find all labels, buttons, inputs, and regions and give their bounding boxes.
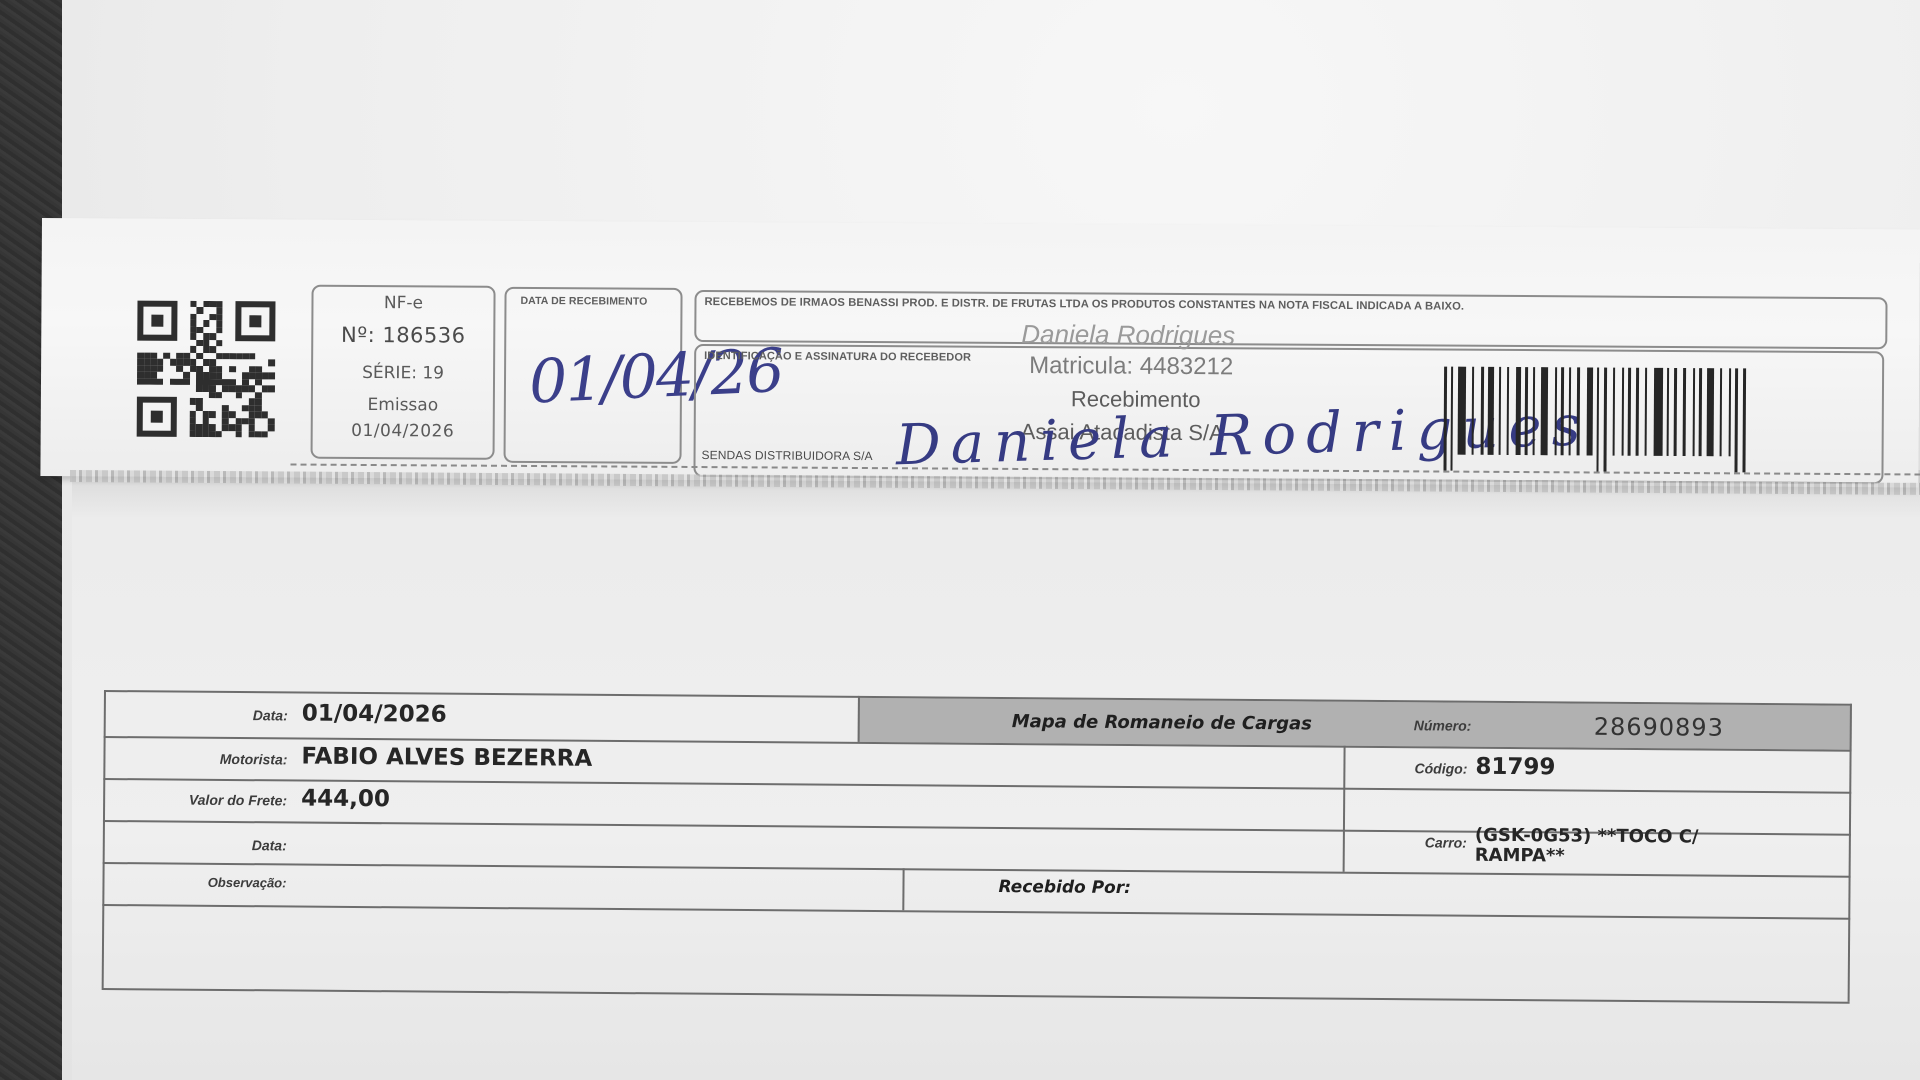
recipient-identification-label: IDENTIFICAÇÃO E ASSINATURA DO RECEBEDOR (704, 350, 971, 364)
freight-value: 444,00 (301, 786, 390, 813)
receipt-declaration-text: RECEBEMOS DE IRMAOS BENASSI PROD. E DIST… (704, 296, 1464, 313)
driver-label: Motorista: (220, 751, 288, 768)
nfe-receipt-stub: NF-e Nº: 186536 SÉRIE: 19 Emissao 01/04/… (40, 218, 1920, 487)
manifest-title: Mapa de Romaneio de Cargas (1012, 711, 1312, 734)
date-value: 01/04/2026 (302, 701, 447, 728)
desk-surface (0, 0, 64, 1080)
row-divider (103, 862, 1851, 878)
qr-code-icon (137, 301, 276, 438)
col-divider (1343, 746, 1346, 872)
stamp-name: Daniela Rodrigues (1021, 319, 1235, 351)
driver-value: FABIO ALVES BEZERRA (301, 744, 592, 772)
nfe-title: NF-e (313, 293, 493, 314)
row-divider (102, 904, 1850, 920)
observation-label: Observação: (208, 875, 287, 891)
nfe-emissao-label: Emissao (313, 395, 493, 416)
nfe-info-box: NF-e Nº: 186536 SÉRIE: 19 Emissao 01/04/… (311, 285, 496, 460)
vehicle-label: Carro: (1425, 834, 1467, 850)
nfe-serie: SÉRIE: 19 (313, 363, 493, 384)
nfe-number: Nº: 186536 (313, 323, 493, 348)
vehicle-value-line2: RAMPA** (1475, 845, 1565, 867)
code-value: 81799 (1475, 754, 1555, 781)
date2-label: Data: (252, 837, 287, 853)
receipt-declaration-box: RECEBEMOS DE IRMAOS BENASSI PROD. E DIST… (694, 290, 1887, 349)
nfe-emissao-date: 01/04/2026 (313, 421, 493, 442)
date-label: Data: (253, 707, 288, 723)
recipient-company: SENDAS DISTRIBUIDORA S/A (702, 448, 873, 463)
stamp-matricula: Matricula: 4483212 (1029, 352, 1233, 381)
col-divider (858, 696, 860, 742)
manifest-number: 28690893 (1594, 713, 1724, 742)
receipt-date-label: DATA DE RECEBIMENTO (520, 295, 647, 308)
received-by-label: Recebido Por: (998, 877, 1131, 898)
freight-label: Valor do Frete: (189, 792, 287, 809)
barcode-icon (1443, 367, 1752, 473)
code-label: Código: (1414, 760, 1467, 776)
number-label: Número: (1414, 717, 1472, 733)
col-divider (902, 868, 904, 910)
cargo-manifest-table: Data: 01/04/2026 Mapa de Romaneio de Car… (102, 690, 1852, 1004)
